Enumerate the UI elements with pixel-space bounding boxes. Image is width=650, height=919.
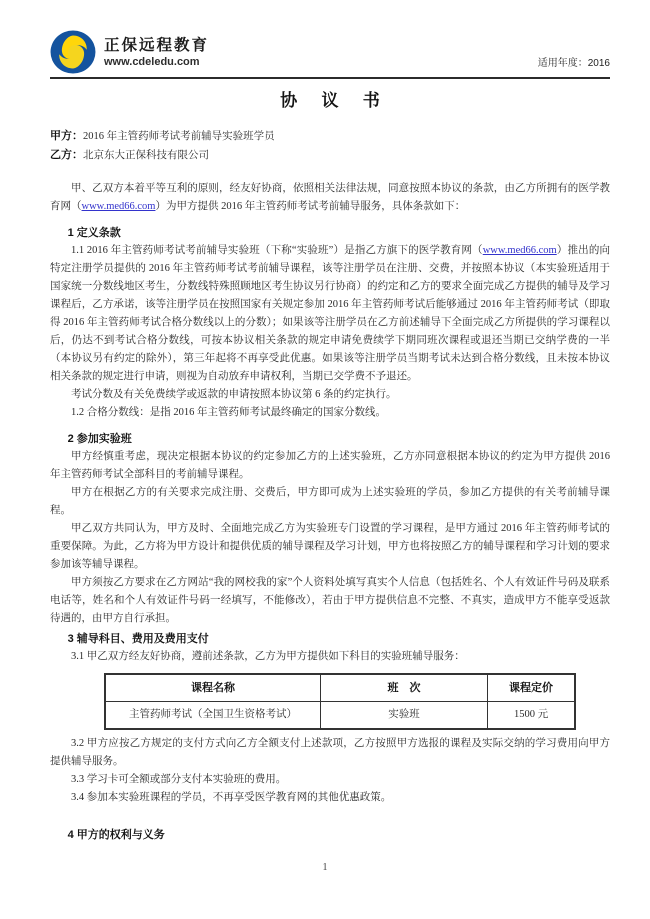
brand: 正保远程教育 www.cdeledu.com <box>50 30 209 74</box>
section-1-paragraph-1: 1.1 2016 年主管药师考试考前辅导实验班（下称“实验班”）是指乙方旗下的医… <box>50 242 610 386</box>
party-b-label: 乙方： <box>50 149 83 161</box>
section-3-paragraph-1: 3.1 甲乙双方经友好协商，遵前述条款，乙方为甲方提供如下科目的实验班辅导服务： <box>50 648 610 666</box>
cell-class-type: 实验班 <box>321 702 488 730</box>
page-title: 协 议 书 <box>50 92 610 110</box>
cell-course-price: 1500 元 <box>488 702 576 730</box>
section-2-paragraph-3: 甲乙双方共同认为，甲方及时、全面地完成乙方为实验班专门设置的学习课程，是甲方通过… <box>50 520 610 574</box>
section-2-heading: 2 参加实验班 <box>50 430 610 448</box>
brand-url: www.cdeledu.com <box>104 55 209 69</box>
section-3-paragraph-3: 3.3 学习卡可全额或部分支付本实验班的费用。 <box>50 771 610 789</box>
med66-link[interactable]: www.med66.com <box>82 201 156 212</box>
brand-text: 正保远程教育 www.cdeledu.com <box>104 36 209 69</box>
document-page: 正保远程教育 www.cdeledu.com 适用年度：2016 协 议 书 甲… <box>0 0 650 919</box>
intro-text-after: ）为甲方提供 2016 年主管药师考试考前辅导服务，具体条款如下： <box>155 201 465 212</box>
med66-link-2[interactable]: www.med66.com <box>483 245 557 256</box>
table-header-row: 课程名称 班 次 课程定价 <box>105 674 575 702</box>
party-a-value: 2016 年主管药师考试考前辅导实验班学员 <box>83 131 275 142</box>
party-a-line: 甲方：2016 年主管药师考试考前辅导实验班学员 <box>50 127 610 146</box>
cell-course-name: 主管药师考试（全国卫生资格考试） <box>105 702 321 730</box>
section-2-paragraph-4: 甲方须按乙方要求在乙方网站“我的网校我的家”个人资料处填写真实个人信息（包括姓名… <box>50 574 610 628</box>
table-row: 主管药师考试（全国卫生资格考试） 实验班 1500 元 <box>105 702 575 730</box>
intro-paragraph: 甲、乙双方本着平等互利的原则，经友好协商，依照相关法律法规，同意按照本协议的条款… <box>50 180 610 216</box>
s1p1-text-before: 1.1 2016 年主管药师考试考前辅导实验班（下称“实验班”）是指乙方旗下的医… <box>71 245 483 256</box>
course-fee-table: 课程名称 班 次 课程定价 主管药师考试（全国卫生资格考试） 实验班 1500 … <box>104 673 576 730</box>
party-a-label: 甲方： <box>50 130 83 142</box>
s1p1-text-after: ）推出的向特定注册学员提供的 2016 年主管药师考试考前辅导课程，该等注册学员… <box>50 245 610 382</box>
brand-logo-icon <box>50 30 96 74</box>
column-header-course-name: 课程名称 <box>105 674 321 702</box>
brand-name: 正保远程教育 <box>104 36 209 55</box>
section-3-paragraph-4: 3.4 参加本实验班课程的学员，不再享受医学教育网的其他优惠政策。 <box>50 789 610 807</box>
section-2-paragraph-2: 甲方在根据乙方的有关要求完成注册、交费后，甲方即可成为上述实验班的学员，参加乙方… <box>50 484 610 520</box>
section-3-heading: 3 辅导科目、费用及费用支付 <box>50 630 610 648</box>
section-1-heading: 1 定义条款 <box>50 224 610 242</box>
page-number: 1 <box>0 859 650 877</box>
section-2-paragraph-1: 甲方经慎重考虑，现决定根据本协议的约定参加乙方的上述实验班，乙方亦同意根据本协议… <box>50 448 610 484</box>
applicable-year-label: 适用年度：2016 <box>538 55 610 74</box>
document-header: 正保远程教育 www.cdeledu.com 适用年度：2016 <box>50 22 610 79</box>
column-header-class-type: 班 次 <box>321 674 488 702</box>
party-b-value: 北京东大正保科技有限公司 <box>83 150 209 161</box>
section-1-paragraph-2: 考试分数及有关免费续学或返款的申请按照本协议第 6 条的约定执行。 <box>50 386 610 404</box>
section-1-paragraph-3: 1.2 合格分数线：是指 2016 年主管药师考试最终确定的国家分数线。 <box>50 404 610 422</box>
party-b-line: 乙方：北京东大正保科技有限公司 <box>50 146 610 165</box>
column-header-course-price: 课程定价 <box>488 674 576 702</box>
section-4-heading: 4 甲方的权利与义务 <box>50 826 610 844</box>
section-3-paragraph-2: 3.2 甲方应按乙方规定的支付方式向乙方全额支付上述款项，乙方按照甲方选报的课程… <box>50 735 610 771</box>
